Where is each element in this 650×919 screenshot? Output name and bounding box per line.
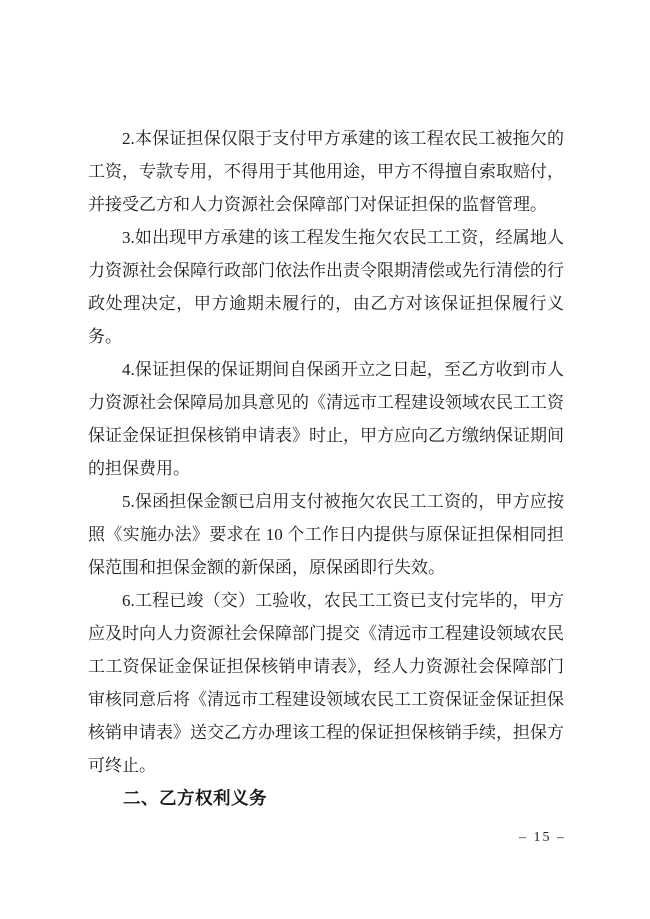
paragraph-clause-6: 6.工程已竣（交）工验收，农民工工资已支付完毕的，甲方应及时向人力资源社会保障部…	[88, 584, 564, 782]
section-heading: 二、乙方权利义务	[88, 782, 564, 815]
page-number: – 15 –	[519, 830, 566, 846]
paragraph-clause-3: 3.如出现甲方承建的该工程发生拖欠农民工工资，经属地人力资源社会保障行政部门依法…	[88, 221, 564, 353]
document-body: 2.本保证担保仅限于支付甲方承建的该工程农民工被拖欠的工资，专款专用，不得用于其…	[88, 122, 564, 815]
paragraph-clause-2: 2.本保证担保仅限于支付甲方承建的该工程农民工被拖欠的工资，专款专用，不得用于其…	[88, 122, 564, 221]
paragraph-clause-4: 4.保证担保的保证期间自保函开立之日起，至乙方收到市人力资源社会保障局加具意见的…	[88, 353, 564, 485]
paragraph-clause-5: 5.保函担保金额已启用支付被拖欠农民工工资的，甲方应按照《实施办法》要求在 10…	[88, 485, 564, 584]
document-page: 2.本保证担保仅限于支付甲方承建的该工程农民工被拖欠的工资，专款专用，不得用于其…	[0, 0, 650, 919]
